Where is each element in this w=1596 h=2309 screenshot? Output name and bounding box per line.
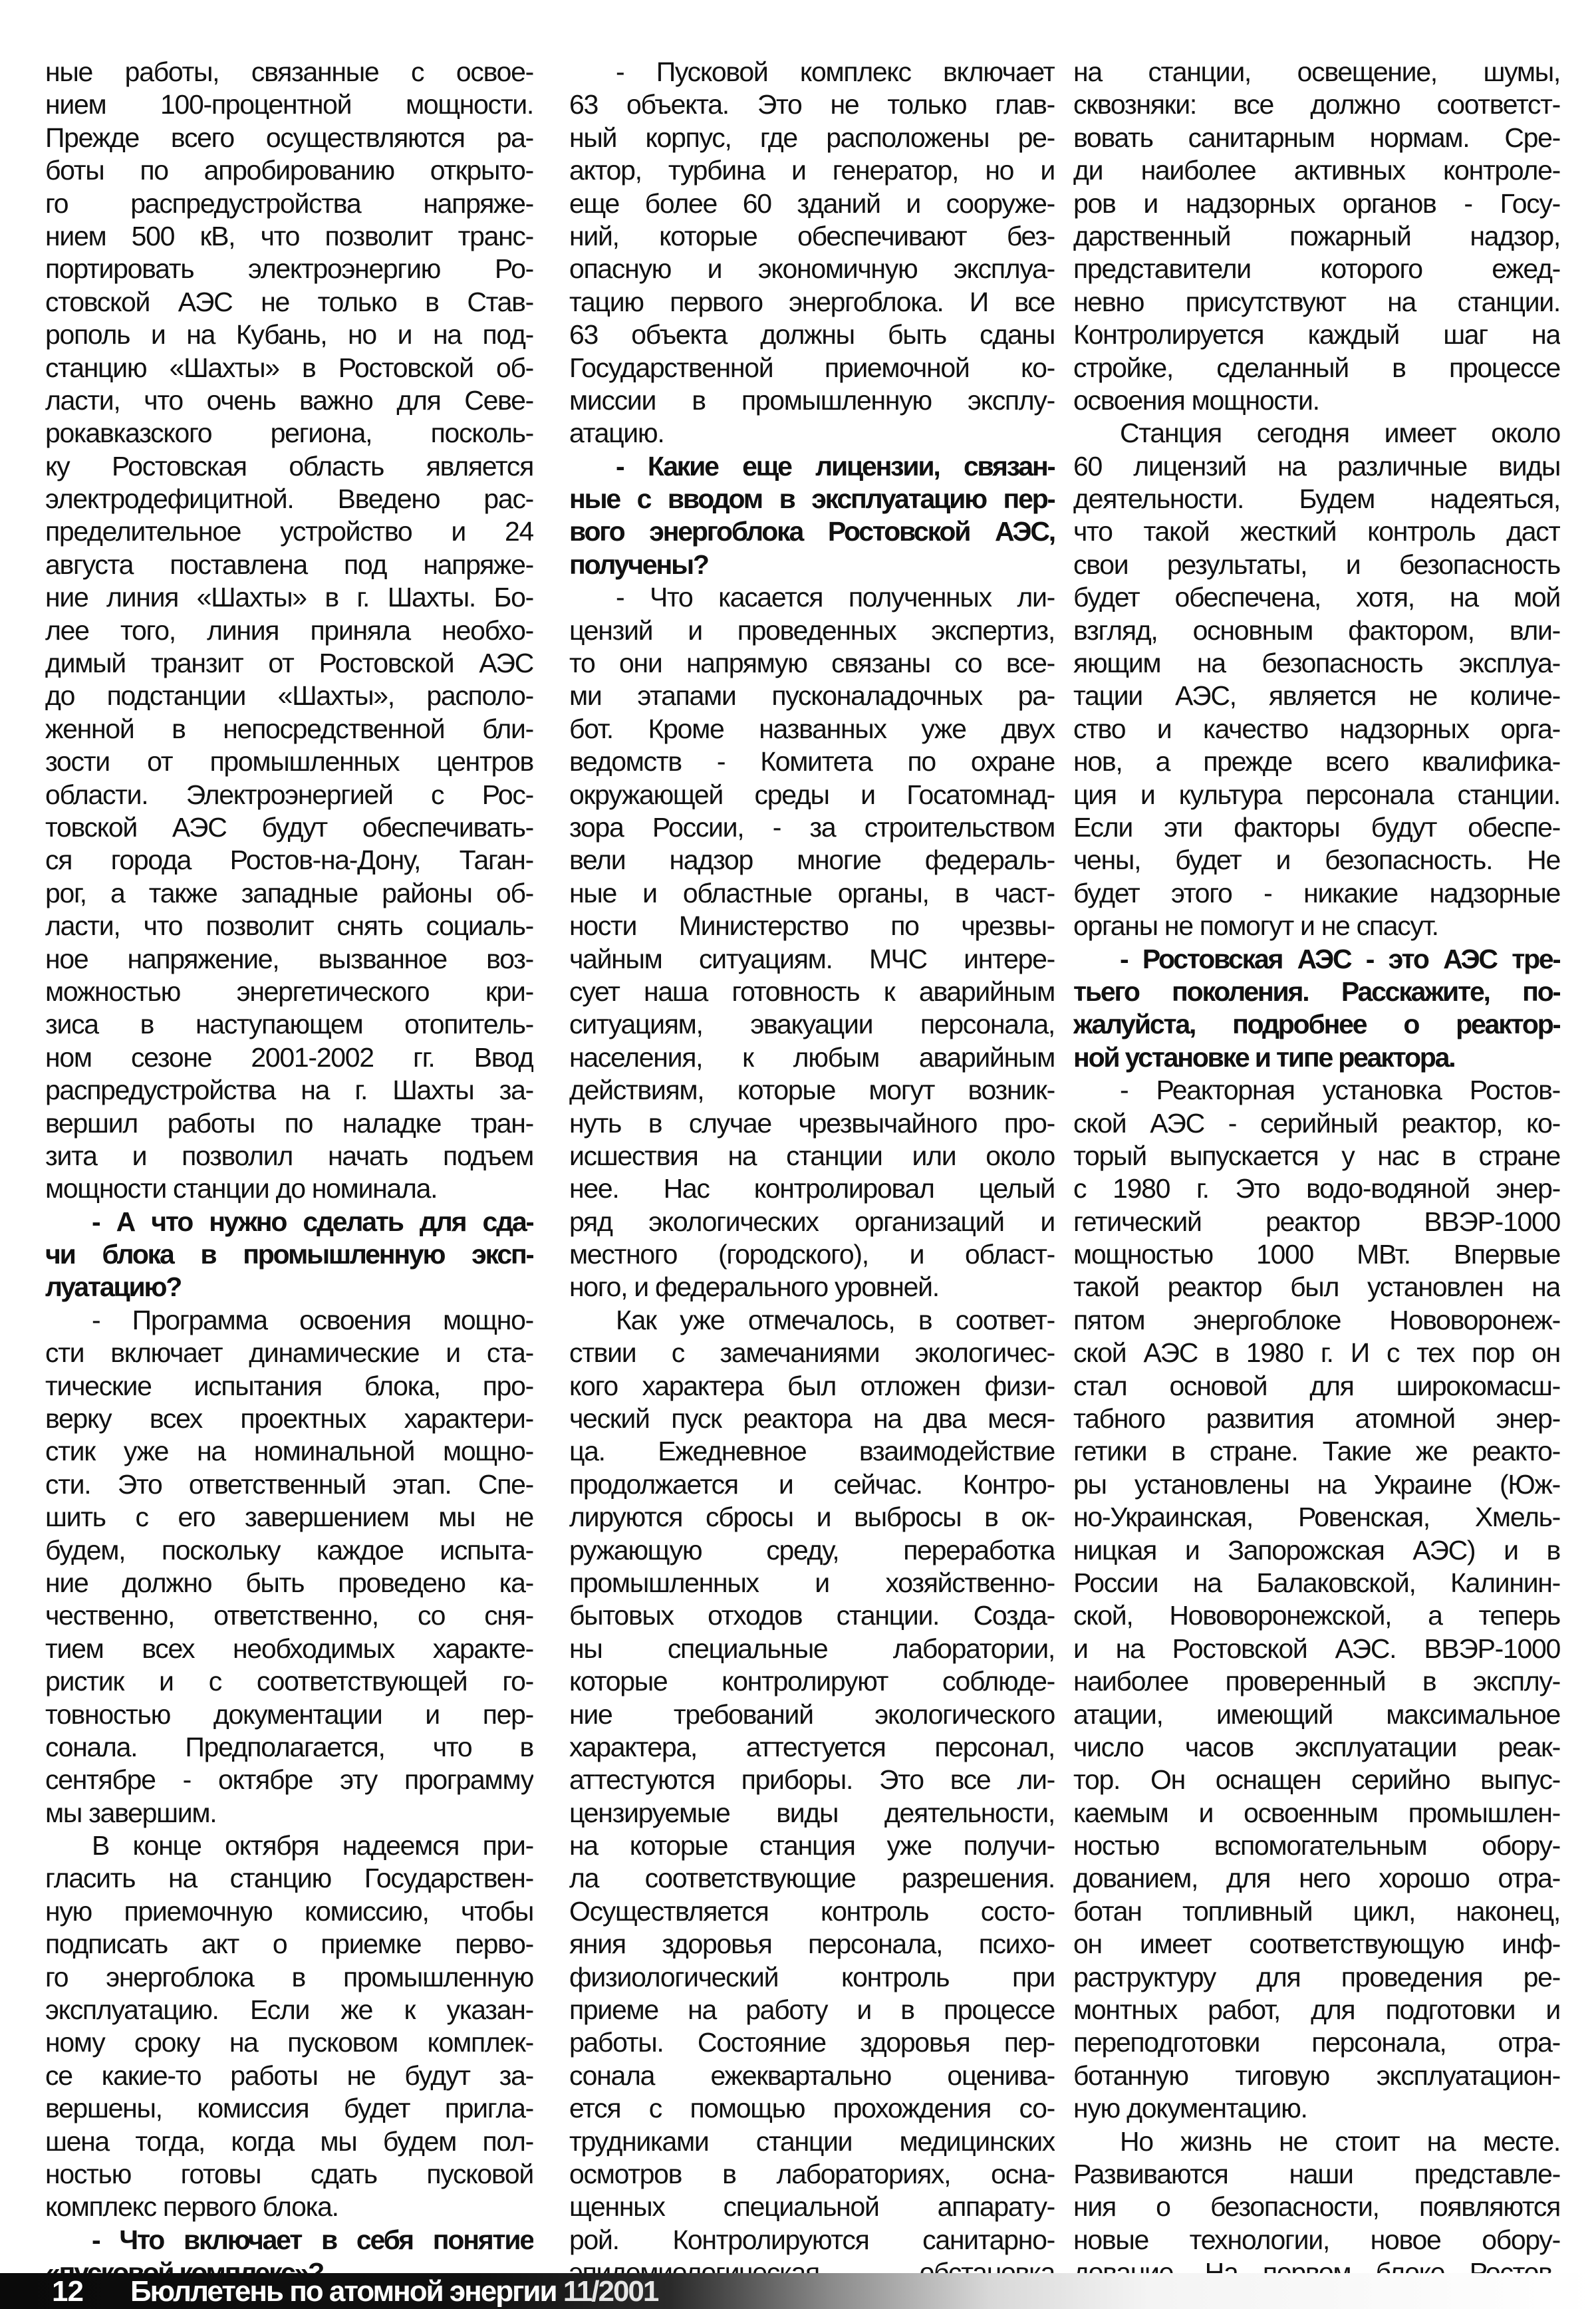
text-line: тацию первого энергоблока. И все [569, 286, 1055, 319]
text-line: России на Балаковской, Калинин- [1073, 1567, 1560, 1599]
text-line: ботанную тиговую эксплуатацион- [1073, 2060, 1560, 2092]
text-line: вершил работы по наладке тран- [45, 1107, 533, 1140]
text-line: деятельности. Будем надеяться, [1073, 483, 1560, 515]
text-line: зора России, - за строительством [569, 811, 1055, 844]
text-line: боты по апробированию открыто- [45, 154, 533, 187]
text-line: такой реактор был установлен на [1073, 1271, 1560, 1303]
text-line: вели надзор многие федераль- [569, 844, 1055, 877]
text-line: работы. Состояние здоровья пер- [569, 2026, 1055, 2059]
text-line: ны специальные лаборатории, [569, 1633, 1055, 1665]
text-line: рополь и на Кубань, но и на под- [45, 319, 533, 351]
text-line: - Что касается полученных ли- [569, 581, 1055, 614]
text-line: ство и качество надзорных орга- [1073, 713, 1560, 746]
text-line: опасную и экономичную эксплуа- [569, 253, 1055, 285]
text-line: сти включает динамические и ста- [45, 1337, 533, 1369]
issue-number: 11/2001 [557, 2275, 658, 2308]
text-line: се какие-то работы не будут за- [45, 2060, 533, 2092]
text-line: нуть в случае чрезвычайного про- [569, 1107, 1055, 1140]
text-line: атацию. [569, 417, 1055, 450]
text-line: тием всех необходимых характе- [45, 1633, 533, 1665]
text-line: вершены, комиссия будет пригла- [45, 2092, 533, 2125]
text-line: до подстанции «Шахты», располо- [45, 680, 533, 712]
text-line: шить с его завершением мы не [45, 1501, 533, 1534]
text-line: В конце октября надеемся при- [45, 1830, 533, 1862]
text-line: актор, турбина и генератор, но и [569, 154, 1055, 187]
text-line: стройке, сделанный в процессе [1073, 352, 1560, 384]
text-line: стик уже на номинальной мощно- [45, 1435, 533, 1468]
text-line: ласти, что очень важно для Севе- [45, 384, 533, 417]
text-line: ную документацию. [1073, 2092, 1560, 2125]
text-line: августа поставлена под напряже- [45, 549, 533, 581]
text-line: эксплуатацию. Если же к указан- [45, 1994, 533, 2026]
text-line: ний, которые обеспечивают без- [569, 220, 1055, 253]
text-line: нием 500 кВ, что позволит транс- [45, 220, 533, 253]
question-line: тьего поколения. Расскажите, по- [1073, 976, 1560, 1008]
text-line: дованием, для него хорошо отра- [1073, 1862, 1560, 1895]
text-line: вовать санитарным нормам. Сре- [1073, 122, 1560, 154]
text-line: дарственный пожарный надзор, [1073, 220, 1560, 253]
question-line: - Что включает в себя понятие [45, 2224, 533, 2256]
text-line: ный корпус, где расположены ре- [569, 122, 1055, 154]
text-line: аттестуются приборы. Это все ли- [569, 1764, 1055, 1796]
text-line: Контролируется каждый шаг на [1073, 319, 1560, 351]
text-line: женной в непосредственной бли- [45, 713, 533, 746]
text-line: будем, поскольку каждое испыта- [45, 1534, 533, 1567]
text-line: ные и областные органы, в част- [569, 877, 1055, 910]
text-line: нов, а прежде всего квалифика- [1073, 746, 1560, 778]
text-line: области. Электроэнергией с Рос- [45, 779, 533, 811]
question-line: ные с вводом в эксплуатацию пер- [569, 483, 1055, 515]
text-line: сонала. Предполагается, что в [45, 1731, 533, 1764]
text-line: пределительное устройство и 24 [45, 515, 533, 548]
text-line: населения, к любым аварийным [569, 1041, 1055, 1074]
text-line: ностью вспомогательным обору- [1073, 1830, 1560, 1862]
text-line: органы не помогут и не спасут. [1073, 910, 1560, 942]
text-line: ся города Ростов-на-Дону, Таган- [45, 844, 533, 877]
text-line: ция и культура персонала станции. [1073, 779, 1560, 811]
text-line: действиям, которые могут возник- [569, 1074, 1055, 1107]
text-line: рой. Контролируются санитарно- [569, 2224, 1055, 2256]
text-line: пятом энергоблоке Нововоронеж- [1073, 1304, 1560, 1337]
text-line: рог, а также западные районы об- [45, 877, 533, 910]
text-line: Прежде всего осуществляются ра- [45, 122, 533, 154]
text-line: невно присутствуют на станции. [1073, 286, 1560, 319]
text-line: ние линия «Шахты» в г. Шахты. Бо- [45, 581, 533, 614]
text-line: - Пусковой комплекс включает [569, 56, 1055, 88]
text-line: Станция сегодня имеет около [1073, 417, 1560, 450]
text-line: Но жизнь не стоит на месте. [1073, 2125, 1560, 2158]
question-line: ной установке и типе реактора. [1073, 1041, 1560, 1074]
text-line: нием 100-процентной мощности. [45, 88, 533, 121]
text-line: лируются сбросы и выбросы в ок- [569, 1501, 1055, 1534]
text-line: ному сроку на пусковом комплек- [45, 2026, 533, 2059]
text-line: гетики в стране. Такие же реакто- [1073, 1435, 1560, 1468]
text-line: ется с помощью прохождения со- [569, 2092, 1055, 2125]
text-line: портировать электроэнергию Ро- [45, 253, 533, 285]
text-line: мощностью 1000 МВт. Впервые [1073, 1238, 1560, 1271]
text-line: ской АЭС в 1980 г. И с тех пор он [1073, 1337, 1560, 1369]
text-line: ружающую среду, переработка [569, 1534, 1055, 1567]
question-line: - Ростовская АЭС - это АЭС тре- [1073, 943, 1560, 976]
text-line: Если эти факторы будут обеспе- [1073, 811, 1560, 844]
text-line: монтных работ, для подготовки и [1073, 1994, 1560, 2026]
text-line: новые технологии, новое обору- [1073, 2224, 1560, 2256]
text-line: цензий и проведенных экспертиз, [569, 614, 1055, 647]
text-line: зости от промышленных центров [45, 746, 533, 778]
text-line: ницкая и Запорожская АЭС) и в [1073, 1534, 1560, 1567]
text-column-2: - Пусковой комплекс включает63 объекта. … [569, 56, 1055, 2290]
text-line: раструктуру для проведения ре- [1073, 1961, 1560, 1994]
text-line: ди наиболее активных контроле- [1073, 154, 1560, 187]
text-line: ностью готовы сдать пусковой [45, 2158, 533, 2191]
text-line: ческий пуск реактора на два меся- [569, 1403, 1055, 1435]
text-line: цензируемые виды деятельности, [569, 1797, 1055, 1830]
text-line: свои результаты, и безопасность [1073, 549, 1560, 581]
text-line: трудниками станции медицинских [569, 2125, 1055, 2158]
text-line: тации АЭС, является не количе- [1073, 680, 1560, 712]
text-line: ного, и федерального уровней. [569, 1271, 1055, 1303]
text-line: бот. Кроме названных уже двух [569, 713, 1055, 746]
text-line: которые контролируют соблюде- [569, 1665, 1055, 1698]
text-line: яния здоровья персонала, психо- [569, 1928, 1055, 1961]
text-line: миссии в промышленную эксплу- [569, 384, 1055, 417]
text-line: приеме на работу и в процессе [569, 1994, 1055, 2026]
text-line: окружающей среды и Госатомнад- [569, 779, 1055, 811]
text-line: ла соответствующие разрешения. [569, 1862, 1055, 1895]
text-line: электродефицитной. Введено рас- [45, 483, 533, 515]
text-line: димый транзит от Ростовской АЭС [45, 647, 533, 680]
text-line: тические испытания блока, про- [45, 1370, 533, 1403]
question-line: вого энергоблока Ростовской АЭС, [569, 515, 1055, 548]
question-line: - А что нужно сделать для сда- [45, 1206, 533, 1238]
question-line: чи блока в промышленную эксп- [45, 1238, 533, 1271]
text-line: число часов эксплуатации реак- [1073, 1731, 1560, 1764]
text-line: чены, будет и безопасность. Не [1073, 844, 1560, 877]
text-line: го распредустройства напряже- [45, 188, 533, 220]
text-line: Государственной приемочной ко- [569, 352, 1055, 384]
text-line: гласить на станцию Государствен- [45, 1862, 533, 1895]
text-line: 63 объекта должны быть сданы [569, 319, 1055, 351]
text-line: с 1980 г. Это водо-водяной энер- [1073, 1172, 1560, 1205]
publication-name: Бюллетень по атомной энергии [130, 2275, 557, 2308]
text-column-1: ные работы, связанные с освое-нием 100-п… [45, 56, 533, 2290]
text-line: зиса в наступающем отопитель- [45, 1008, 533, 1041]
text-line: ния о безопасности, появляются [1073, 2191, 1560, 2223]
text-line: и на Ростовской АЭС. ВВЭР-1000 [1073, 1633, 1560, 1665]
question-line: жалуйста, подробнее о реактор- [1073, 1008, 1560, 1041]
text-line: - Реакторная установка Ростов- [1073, 1074, 1560, 1107]
text-line: сквозняки: все должно соответст- [1073, 88, 1560, 121]
text-line: чественно, ответственно, со сня- [45, 1599, 533, 1632]
text-line: стал основой для широкомасш- [1073, 1370, 1560, 1403]
text-line: каемым и освоенным промышлен- [1073, 1797, 1560, 1830]
text-line: ласти, что позволит снять социаль- [45, 910, 533, 942]
text-line: ситуациям, эвакуации персонала, [569, 1008, 1055, 1041]
text-line: ности Министерство по чрезвы- [569, 910, 1055, 942]
text-line: ботан топливный цикл, наконец, [1073, 1895, 1560, 1928]
text-line: Как уже отмечалось, в соответ- [569, 1304, 1055, 1337]
text-line: бытовых отходов станции. Созда- [569, 1599, 1055, 1632]
text-line: станцию «Шахты» в Ростовской об- [45, 352, 533, 384]
text-line: ную приемочную комиссию, чтобы [45, 1895, 533, 1928]
text-line: верку всех проектных характери- [45, 1403, 533, 1435]
text-line: атации, имеющий максимальное [1073, 1698, 1560, 1731]
text-line: ку Ростовская область является [45, 450, 533, 483]
text-line: 60 лицензий на различные виды [1073, 450, 1560, 483]
text-column-3: на станции, освещение, шумы,сквозняки: в… [1073, 56, 1560, 2290]
text-line: ведомств - Комитета по охране [569, 746, 1055, 778]
text-line: сует наша готовность к аварийным [569, 976, 1055, 1008]
text-line: характера, аттестуется персонал, [569, 1731, 1055, 1764]
question-line: - Какие еще лицензии, связан- [569, 450, 1055, 483]
text-line: яющим на безопасность эксплуа- [1073, 647, 1560, 680]
text-line: зита и позволил начать подъем [45, 1140, 533, 1172]
page-number: 12 [52, 2274, 83, 2309]
text-line: рокавказского региона, посколь- [45, 417, 533, 450]
text-line: шена тогда, когда мы будем пол- [45, 2125, 533, 2158]
magazine-page: ные работы, связанные с освое-нием 100-п… [0, 0, 1596, 2309]
text-line: Осуществляется контроль состо- [569, 1895, 1055, 1928]
text-line: го энергоблока в промышленную [45, 1961, 533, 1994]
text-line: ствии с замечаниями экологичес- [569, 1337, 1055, 1369]
text-line: освоения мощности. [1073, 384, 1560, 417]
text-line: мощности станции до номинала. [45, 1172, 533, 1205]
text-line: ное напряжение, вызванное воз- [45, 943, 533, 976]
text-line: продолжается и сейчас. Контро- [569, 1468, 1055, 1501]
text-line: торый выпускается у нас в стране [1073, 1140, 1560, 1172]
text-line: ние должно быть проведено ка- [45, 1567, 533, 1599]
text-line: чайным ситуациям. МЧС интере- [569, 943, 1055, 976]
text-line: Развиваются наши представле- [1073, 2158, 1560, 2191]
text-line: щенных специальной аппарату- [569, 2191, 1055, 2223]
text-line: 63 объекта. Это не только глав- [569, 88, 1055, 121]
text-line: стовской АЭС не только в Став- [45, 286, 533, 319]
text-line: осмотров в лабораториях, осна- [569, 2158, 1055, 2191]
text-line: лее того, линия приняла необхо- [45, 614, 533, 647]
text-line: товностью документации и пер- [45, 1698, 533, 1731]
text-line: ристик и с соответствующей го- [45, 1665, 533, 1698]
page-footer: 12 Бюллетень по атомной энергии 11/2001 [0, 2273, 1596, 2309]
text-line: физиологический контроль при [569, 1961, 1055, 1994]
text-line: ряд экологических организаций и [569, 1206, 1055, 1238]
question-line: луатацию? [45, 1271, 533, 1303]
text-line: ние требований экологического [569, 1698, 1055, 1731]
publication-title: Бюллетень по атомной энергии 11/2001 [130, 2274, 658, 2309]
text-line: ской, Нововоронежской, а теперь [1073, 1599, 1560, 1632]
text-line: сентябре - октябре эту программу [45, 1764, 533, 1796]
text-line: - Программа освоения мощно- [45, 1304, 533, 1337]
text-line: можностью энергетического кри- [45, 976, 533, 1008]
text-line: взгляд, основным фактором, вли- [1073, 614, 1560, 647]
text-line: распредустройства на г. Шахты за- [45, 1074, 533, 1107]
text-line: ми этапами пусконаладочных ра- [569, 680, 1055, 712]
text-line: на которые станция уже получи- [569, 1830, 1055, 1862]
text-line: будет обеспечена, хотя, на мой [1073, 581, 1560, 614]
text-line: ном сезоне 2001-2002 гг. Ввод [45, 1041, 533, 1074]
text-line: ской АЭС - серийный реактор, ко- [1073, 1107, 1560, 1140]
text-line: промышленных и хозяйственно- [569, 1567, 1055, 1599]
text-line: на станции, освещение, шумы, [1073, 56, 1560, 88]
text-line: ца. Ежедневное взаимодействие [569, 1435, 1055, 1468]
text-line: мы завершим. [45, 1797, 533, 1830]
text-line: исшествия на станции или около [569, 1140, 1055, 1172]
text-line: ров и надзорных органов - Госу- [1073, 188, 1560, 220]
text-line: кого характера был отложен физи- [569, 1370, 1055, 1403]
text-line: комплекс первого блока. [45, 2191, 533, 2223]
text-line: табного развития атомной энер- [1073, 1403, 1560, 1435]
text-line: ры установлены на Украине (Юж- [1073, 1468, 1560, 1501]
text-line: переподготовки персонала, отра- [1073, 2026, 1560, 2059]
text-line: представители которого ежед- [1073, 253, 1560, 285]
text-line: но-Украинская, Ровенская, Хмель- [1073, 1501, 1560, 1534]
text-line: еще более 60 зданий и сооруже- [569, 188, 1055, 220]
text-line: гетический реактор ВВЭР-1000 [1073, 1206, 1560, 1238]
text-line: он имеет соответствующую инф- [1073, 1928, 1560, 1961]
text-line: будет этого - никакие надзорные [1073, 877, 1560, 910]
text-line: тор. Он оснащен серийно выпус- [1073, 1764, 1560, 1796]
text-line: наиболее проверенный в эксплу- [1073, 1665, 1560, 1698]
text-line: ные работы, связанные с освое- [45, 56, 533, 88]
text-line: сти. Это ответственный этап. Спе- [45, 1468, 533, 1501]
text-line: то они напрямую связаны со все- [569, 647, 1055, 680]
text-line: что такой жесткий контроль даст [1073, 515, 1560, 548]
text-line: местного (городского), и област- [569, 1238, 1055, 1271]
text-line: нее. Нас контролировал целый [569, 1172, 1055, 1205]
text-line: подписать акт о приемке перво- [45, 1928, 533, 1961]
text-line: товской АЭС будут обеспечивать- [45, 811, 533, 844]
question-line: получены? [569, 549, 1055, 581]
text-line: сонала ежеквартально оценива- [569, 2060, 1055, 2092]
